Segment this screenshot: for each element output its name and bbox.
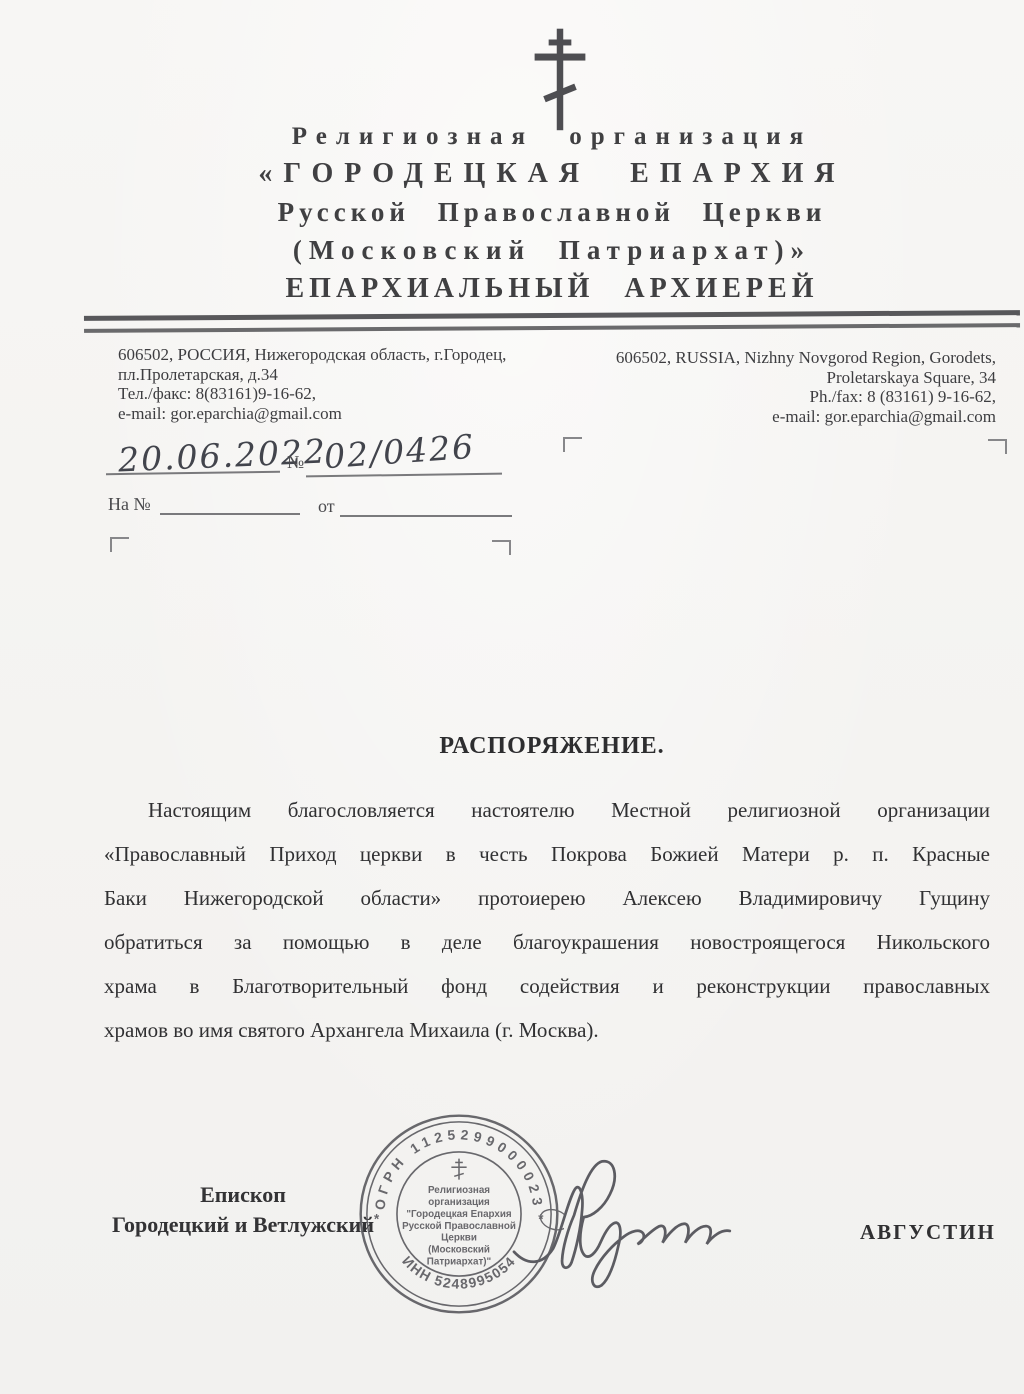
signer-position-line: Городецкий и Ветлужский	[106, 1210, 380, 1240]
body-line: обратиться за помощью в деле благоукраше…	[104, 920, 990, 964]
signer-position-line: Епископ	[106, 1180, 380, 1210]
address-line: e-mail: gor.eparchia@gmail.com	[118, 404, 588, 424]
address-line: пл.Пролетарская, д.34	[118, 365, 588, 385]
corner-mark	[988, 439, 1007, 454]
org-name-line: Религиозная организация	[80, 118, 1024, 155]
stamp-separator-asterisk: *	[374, 1212, 380, 1227]
svg-text:организация: организация	[428, 1197, 490, 1208]
body-line: Баки Нижегородской области» протоиерею А…	[104, 876, 990, 920]
divider-bar	[84, 323, 1020, 333]
address-line: 606502, RUSSIA, Nizhny Novgorod Region, …	[566, 348, 996, 368]
svg-text:Русской Православной: Русской Православной	[402, 1221, 516, 1232]
svg-text:Религиозная: Религиозная	[428, 1185, 490, 1196]
signer-position: Епископ Городецкий и Ветлужский	[106, 1180, 380, 1240]
letterhead-org-name: Религиозная организация «ГОРОДЕЦКАЯ ЕПАР…	[80, 118, 1024, 309]
svg-text:(Московский: (Московский	[428, 1245, 490, 1256]
incoming-number-underline	[160, 513, 300, 515]
address-line: Proletarskaya Square, 34	[566, 368, 996, 388]
handwritten-number: 02/0426	[323, 427, 476, 476]
signer-printed-name: АВГУСТИН	[860, 1220, 996, 1245]
corner-mark	[492, 540, 511, 555]
stamp-cross-icon	[451, 1159, 466, 1180]
body-line: храма в Благотворительный фонд содействи…	[104, 964, 990, 1008]
from-date-underline	[340, 515, 512, 517]
svg-text:Патриархат)": Патриархат)"	[427, 1257, 492, 1268]
scanned-letter-page: Религиозная организация «ГОРОДЕЦКАЯ ЕПАР…	[0, 0, 1024, 1394]
incoming-number-label: На №	[108, 494, 151, 515]
address-line: 606502, РОССИЯ, Нижегородская область, г…	[118, 345, 588, 365]
address-line: Ph./fax: 8 (83161) 9-16-62,	[566, 387, 996, 407]
number-sign-label: №	[287, 452, 304, 473]
body-line: храмов во имя святого Архангела Михаила …	[104, 1008, 990, 1052]
org-name-line: Русской Православной Церкви	[80, 193, 1024, 231]
address-block-russian: 606502, РОССИЯ, Нижегородская область, г…	[118, 345, 588, 423]
org-name-line: «ГОРОДЕЦКАЯ ЕПАРХИЯ	[80, 155, 1024, 193]
corner-mark	[110, 537, 129, 552]
body-paragraph: Настоящим благословляется настоятелю Мес…	[104, 788, 990, 1052]
org-name-line: ЕПАРХИАЛЬНЫЙ АРХИЕРЕЙ	[80, 269, 1024, 309]
org-name-line: (Московский Патриархат)»	[80, 231, 1024, 269]
corner-mark	[563, 437, 582, 452]
body-line: Настоящим благословляется настоятелю Мес…	[104, 788, 990, 832]
address-block-english: 606502, RUSSIA, Nizhny Novgorod Region, …	[566, 348, 996, 426]
divider-bar	[84, 310, 1020, 321]
header-divider-rule	[84, 310, 1020, 333]
address-line: Тел./факс: 8(83161)9-16-62,	[118, 384, 588, 404]
svg-text:Церкви: Церкви	[441, 1233, 477, 1244]
svg-text:"Городецкая Епархия: "Городецкая Епархия	[406, 1209, 512, 1220]
document-title: РАСПОРЯЖЕНИЕ.	[80, 733, 1024, 760]
address-line: e-mail: gor.eparchia@gmail.com	[566, 407, 996, 427]
body-line: «Православный Приход церкви в честь Покр…	[104, 832, 990, 876]
bishop-signature	[504, 1144, 750, 1306]
stamp-center-text: Религиозная организация "Городецкая Епар…	[402, 1185, 516, 1268]
from-date-label: от	[318, 496, 335, 517]
